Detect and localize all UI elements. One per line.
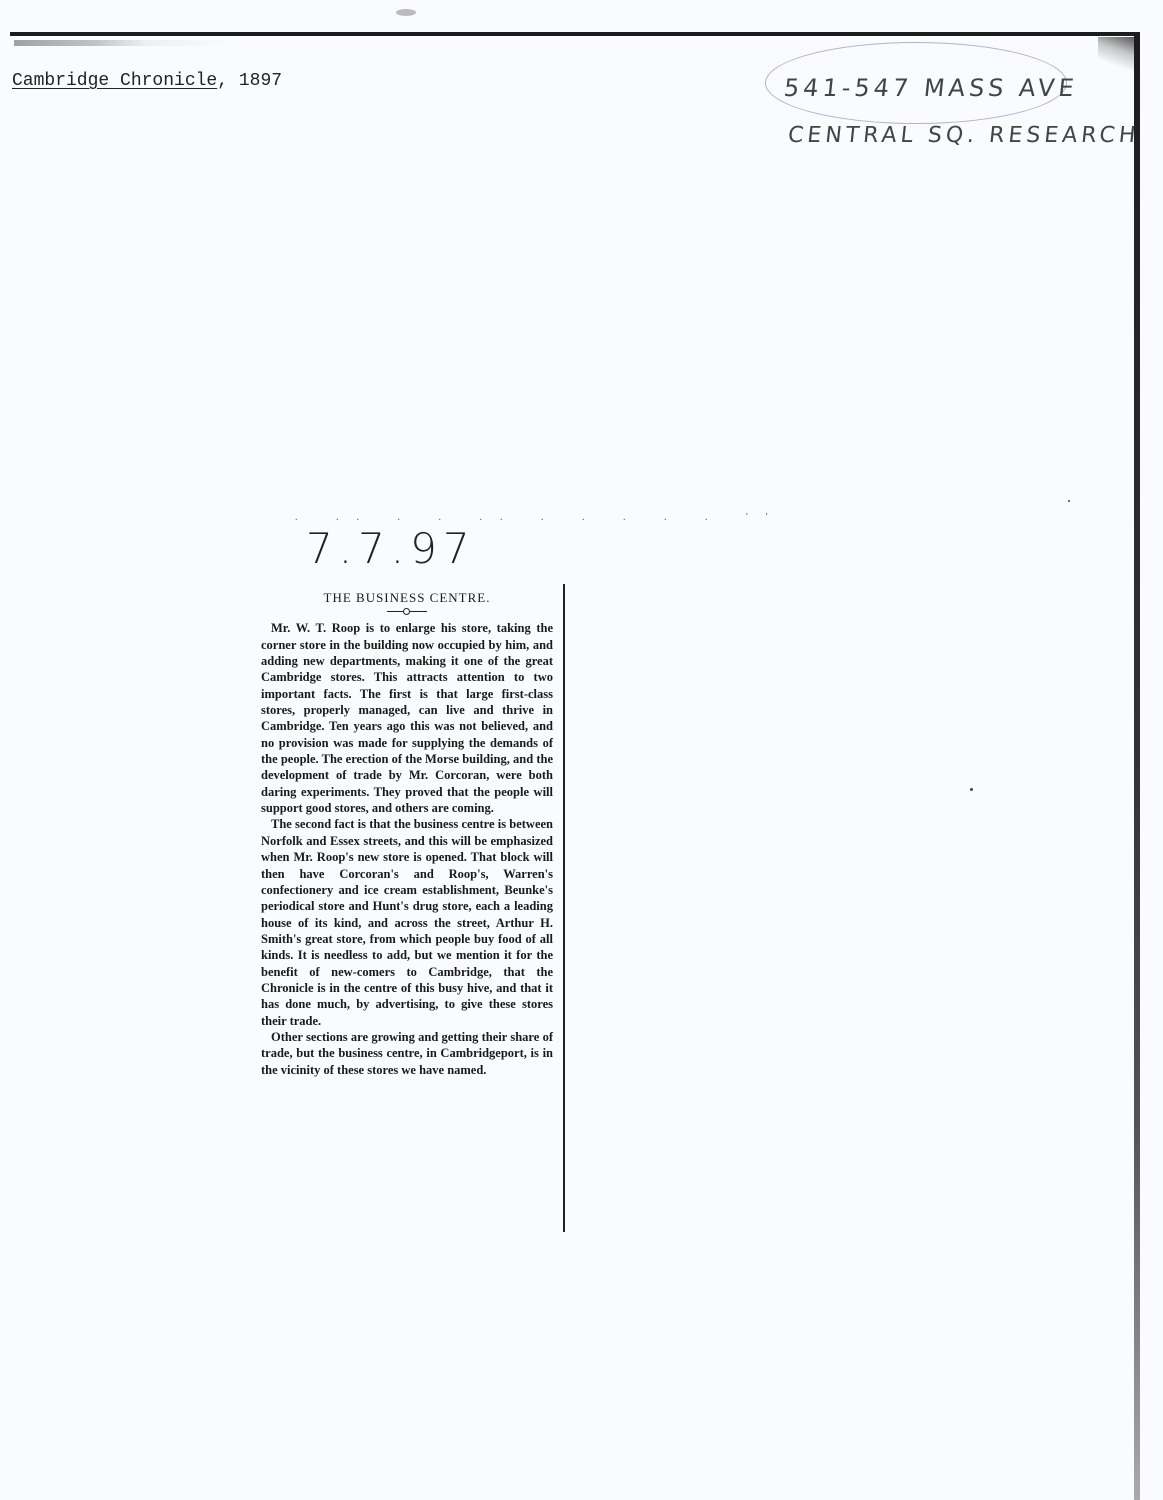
ornament-divider-icon (387, 608, 427, 614)
scan-smudge (14, 40, 234, 46)
handwritten-date: 7.7.97 (306, 524, 476, 573)
scan-smudge-mark (396, 9, 416, 16)
article-paragraph: Other sections are growing and getting t… (261, 1029, 553, 1078)
scan-border-right (1134, 32, 1140, 1500)
scan-border-top (10, 32, 1138, 36)
handwritten-address: 541-547 MASS AVE (783, 74, 1080, 102)
publication-name: Cambridge Chronicle (12, 71, 217, 91)
clipping-top-edge-dots: . .. . . .. . . . . . '' (295, 512, 786, 523)
source-citation: Cambridge Chronicle, 1897 (12, 71, 282, 91)
article-paragraph: Mr. W. T. Roop is to enlarge his store, … (261, 620, 553, 816)
publication-year: , 1897 (217, 71, 282, 91)
scan-corner-shadow (1098, 37, 1136, 72)
article-paragraph: The second fact is that the business cen… (261, 816, 553, 1028)
newspaper-clipping: THE BUSINESS CENTRE. Mr. W. T. Roop is t… (261, 590, 553, 1078)
scan-speck (1068, 500, 1070, 502)
handwritten-project-note: CENTRAL SQ. RESEARCH (787, 123, 1141, 148)
article-headline: THE BUSINESS CENTRE. (261, 590, 553, 606)
column-rule (563, 584, 565, 1232)
scan-speck (970, 788, 973, 791)
